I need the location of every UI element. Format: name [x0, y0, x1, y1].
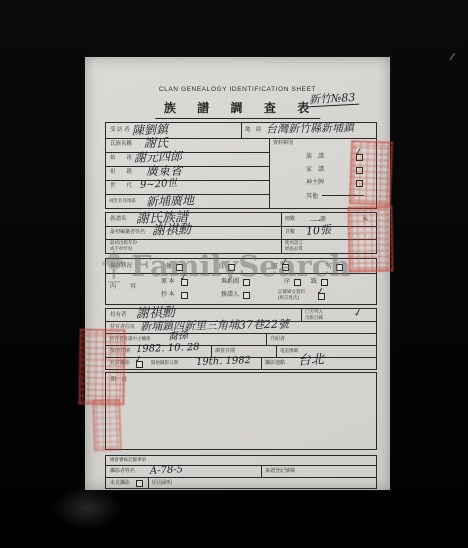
genealogy-form-page: CLAN GENEALOGY IDENTIFICATION SHEET 族 譜 … [85, 57, 390, 490]
content-checkbox [321, 279, 328, 286]
chinese-title: 族 譜 調 查 表 [155, 99, 320, 119]
condition-option: 優 [166, 264, 172, 270]
handwritten-owner: 謝祺勳 [136, 306, 175, 320]
women-record-label: 記載婦女資料 [278, 290, 305, 295]
survey-date-label: 調查日期 [215, 349, 235, 354]
field-label: 氏族名稱 [110, 142, 132, 148]
content-option: 跋 [311, 279, 317, 285]
publish-year-label: 最初出版年份 [110, 241, 137, 246]
condition-checkbox [228, 264, 235, 271]
handwritten-origin: 廣東省 [146, 165, 182, 177]
owner-info-table: 持有者 謝祺勳 已否列入 出版目錄 ✓ 持有者住址 新埔鎮四新里三角埔37巷22… [105, 308, 377, 370]
field-label: 祠堂名及地區 [109, 199, 136, 204]
content-option: 原 本 [161, 279, 175, 285]
title-label: 族譜名 [110, 217, 127, 223]
film-place-label: 攝影地點 [265, 361, 285, 366]
reason-label: 原因說明 [152, 481, 172, 486]
office-use-table: 總會審核記錄事項 攝影者姓名 A-78-5 家譜登記號碼 未克攝影 原因說明 [105, 455, 377, 489]
condition-option: 可 [272, 264, 278, 270]
phone-label: 電話號碼 [280, 349, 298, 354]
handwritten-contact-date: 1982. 10. 28 [136, 343, 200, 355]
scan-background: CLAN GENEALOGY IDENTIFICATION SHEET 族 譜 … [0, 0, 468, 548]
identification-table: 受 訪 者 陳劉鎮 地 區 台灣新竹縣新埔鎮 氏族名稱 謝氏 始 祖 謝元四郎 … [105, 122, 377, 209]
handwritten-first-ancestor: 謝元四郎 [134, 150, 182, 164]
checkmark: ✓ [179, 273, 188, 283]
red-seal-stamp [347, 206, 393, 273]
owner-label: 持有者 [110, 313, 127, 319]
material-option-label: 家 譜 [306, 167, 324, 173]
language-label: 使用語言 [285, 241, 303, 246]
content-option: 序 [284, 279, 290, 285]
volume-unit: 冊 [320, 217, 326, 223]
notes-table: 附 註 [105, 372, 377, 450]
handwritten-hall-area: 新埔廣地 [146, 194, 194, 208]
condition-checkbox [336, 264, 343, 271]
condition-option: 劣 [326, 264, 332, 270]
handwritten-address: 新埔鎮四新里三角埔37巷22號 [140, 319, 289, 333]
handwritten-region: 台灣新竹縣新埔鎮 [266, 122, 354, 135]
condition-label: 保存狀況 [110, 264, 132, 270]
volumes-label: 冊數 [285, 217, 295, 222]
registration-number-label: 家譜登記號碼 [265, 469, 295, 474]
field-label: 祖 籍 [110, 170, 132, 176]
content-option: 世系圖 [221, 279, 239, 285]
handwritten-film-date: 19th. 1982 [196, 356, 251, 368]
compiler-label: 最初編纂者姓名 [110, 230, 145, 235]
no-photo-checkbox [136, 480, 143, 487]
red-seal-stamp [92, 399, 122, 452]
checkmark: ✓ [316, 287, 325, 297]
content-checkbox [243, 292, 250, 299]
material-option-label: 族 譜 [306, 154, 324, 160]
film-date-label: 開始攝影日期 [151, 361, 178, 366]
scan-smudge [52, 486, 122, 530]
field-label: 世 代 [110, 184, 132, 190]
material-option-label: 神主牌 [306, 180, 324, 186]
handwritten-compiler: 謝祺勳 [152, 223, 191, 237]
content-option: 修譜人 [221, 292, 239, 298]
listed-label2: 出版目錄 [305, 316, 323, 321]
field-label: 始 祖 [110, 156, 132, 162]
handwritten-photographer-code: A-78-5 [150, 465, 184, 477]
office-header: 總會審核記錄事項 [110, 458, 146, 463]
content-checkbox [181, 292, 188, 299]
condition-content-table: 保存狀況 優 良 可 ✓ 劣 內 容 原 本 ✓ 抄 本 世系圖 修譜人 序 跋… [105, 258, 377, 305]
checkmark: ✓ [280, 258, 289, 268]
region-label: 地 區 [245, 128, 262, 134]
women-record-note: (併註姓氏) [278, 296, 299, 301]
content-checkbox [243, 279, 250, 286]
checkmark: ✓ [353, 308, 363, 320]
handwritten-page-count: 10張 [306, 224, 332, 237]
condition-option: 良 [218, 264, 224, 270]
listed-label: 已否列入 [305, 310, 323, 315]
scan-artifact [450, 53, 462, 65]
checkmark: ✓ [134, 355, 143, 365]
pages-label: 頁數 [285, 230, 295, 235]
handwritten-film-place: 台北 [298, 353, 325, 368]
handwritten-relation: 裔孫 [168, 331, 189, 343]
introducer-label: 介紹者 [270, 337, 285, 342]
material-type-header: 資料類別 [273, 141, 293, 146]
content-checkbox [294, 279, 301, 286]
handwritten-clan-name: 謝氏 [144, 137, 168, 149]
condition-checkbox [176, 264, 183, 271]
content-option: 抄 本 [161, 292, 175, 298]
red-seal-stamp [78, 329, 125, 406]
content-label: 內 容 [110, 284, 140, 290]
handwritten-generations: 9~20世 [140, 179, 178, 191]
material-option-label: 其他 [306, 194, 318, 200]
photographer-label: 攝影者姓名 [110, 469, 135, 474]
handwritten-file-number: 新竹№83 [307, 92, 360, 108]
handwritten-respondent: 陳劉鎮 [132, 123, 168, 136]
no-photo-label: 未克攝影 [110, 481, 130, 486]
copy-year-label: 或手抄年份 [110, 247, 133, 252]
book-details-table: 族譜名 謝氏族譜 冊數 一 冊 本 最初編纂者姓名 謝祺勳 頁數 10張 最初出… [105, 212, 377, 254]
paper-quality-label: 紙張品質 [285, 247, 303, 252]
red-seal-stamp [349, 140, 393, 205]
field-label: 受 訪 者 [110, 128, 130, 134]
